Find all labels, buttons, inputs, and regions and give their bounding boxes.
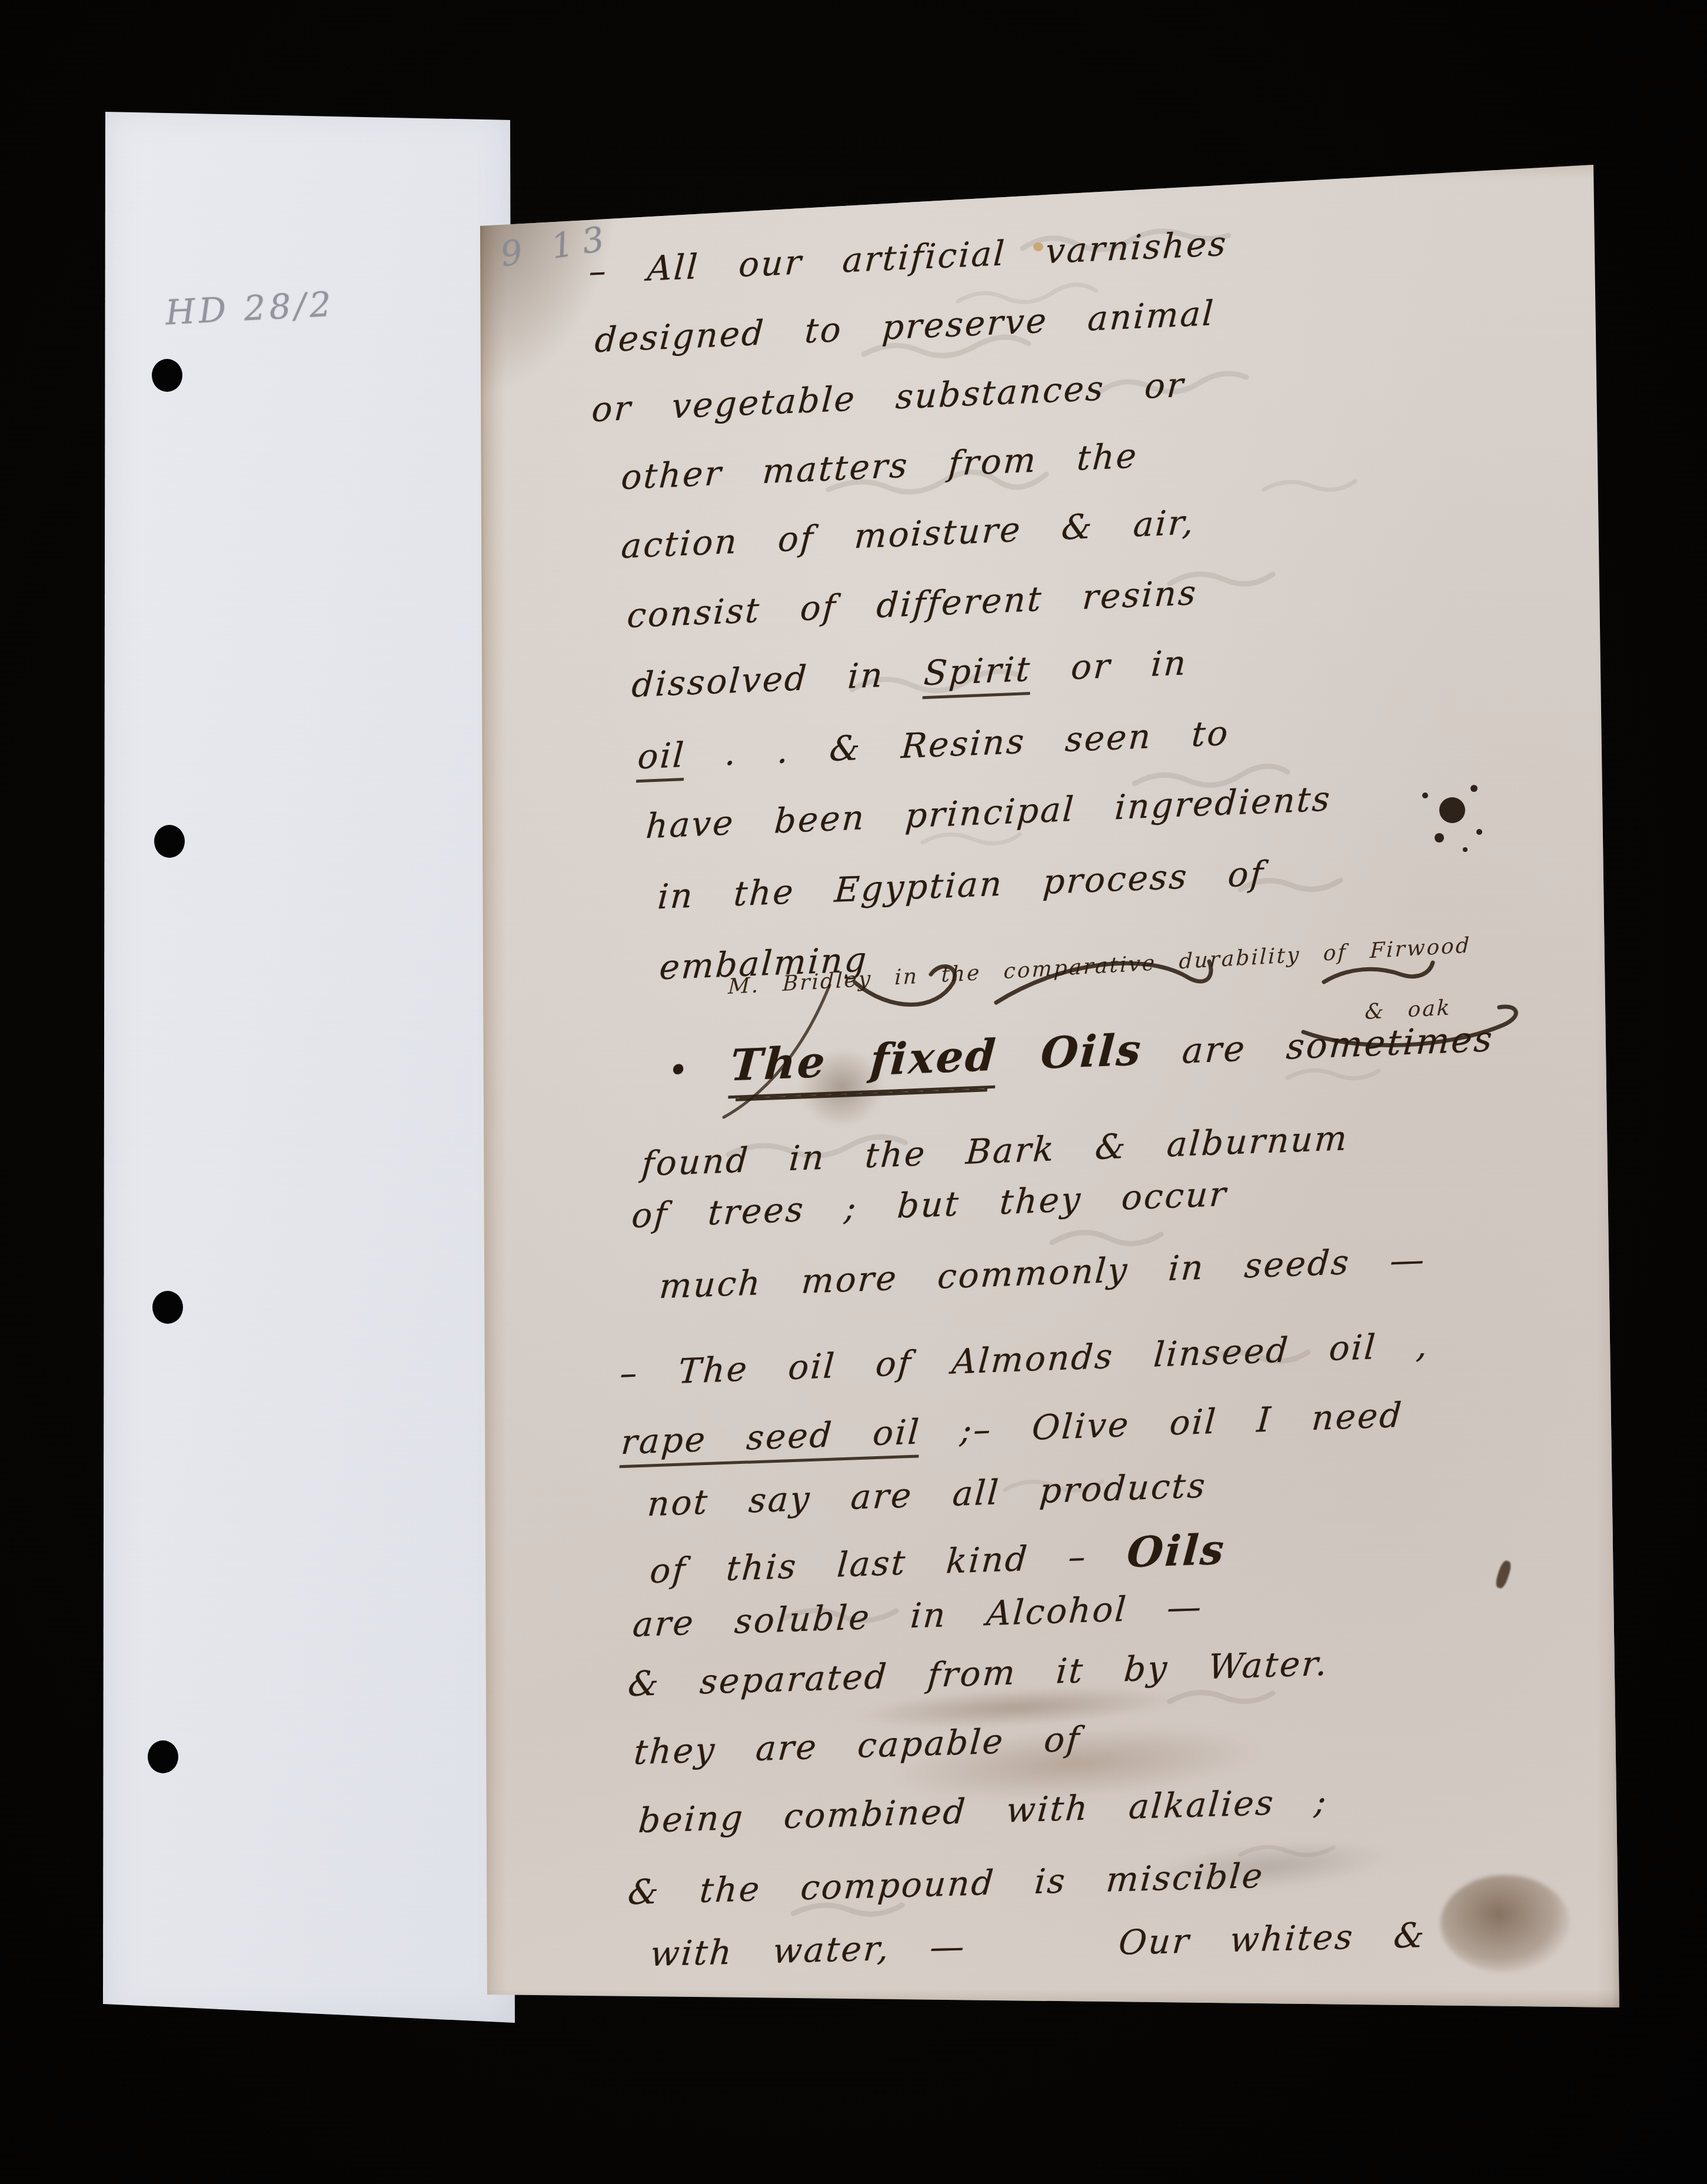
ink-flourishes	[475, 160, 1620, 2012]
ink-blot	[1422, 785, 1482, 852]
manuscript-page: 9 13 – All our artificial varnishesdesig…	[475, 160, 1620, 2012]
archival-strip: HD 28/2	[103, 106, 515, 2025]
hole-punch	[154, 825, 185, 858]
hole-punch	[148, 1740, 178, 1773]
hole-punch	[152, 1291, 183, 1324]
reference-label: HD 28/2	[164, 284, 335, 333]
archival-photograph: HD 28/2	[0, 0, 1707, 2184]
hole-punch	[152, 359, 182, 392]
descender-stroke	[724, 985, 830, 1117]
